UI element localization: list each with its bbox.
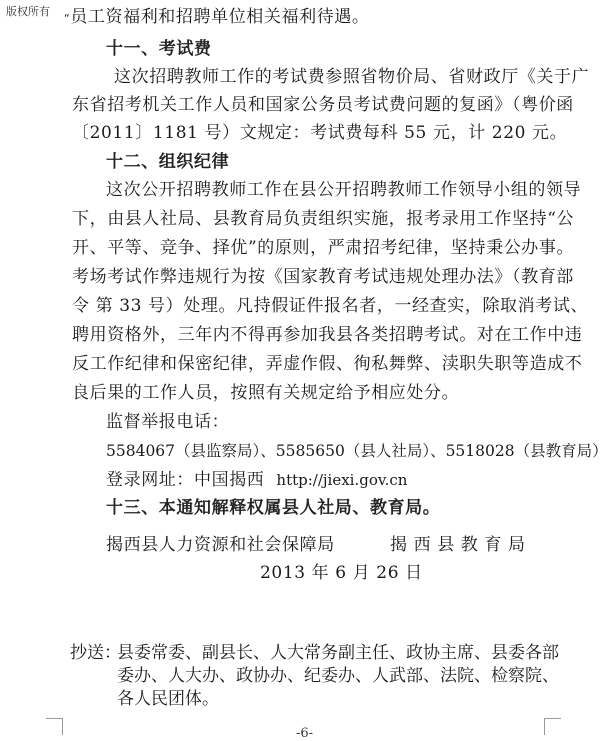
paragraph-line: 〔2011〕1181 号）文规定：考试费每科 55 元，计 220 元。 xyxy=(72,122,567,144)
section-heading-13: 十三、本通知解释权属县人社局、教育局。 xyxy=(106,497,440,519)
cc-line: 县委常委、副县长、人大常务副主任、政协主席、县委各部 xyxy=(117,642,559,664)
website-label: 登录网址：中国揭西 xyxy=(106,470,264,490)
hotline-label: 监督举报电话： xyxy=(106,411,229,433)
paragraph-line: 令 第 33 号）处理。凡持假证件报名者，一经查实，除取消考试、 xyxy=(72,295,588,317)
watermark: 版权所有 xyxy=(6,5,50,19)
paragraph-line: 考场考试作弊违规行为按《国家教育考试违规处理办法》（教育部 xyxy=(72,266,574,288)
website-link[interactable]: http://jiexi.gov.cn xyxy=(276,471,407,489)
section-heading-11: 十一、考试费 xyxy=(106,38,212,60)
signature-date: 2013 年 6 月 26 日 xyxy=(260,562,423,584)
page-number: -6- xyxy=(296,726,313,741)
section-heading-12: 十二、组织纪律 xyxy=(106,151,229,173)
cc-line: 委办、人大办、政协办、纪委办、人武部、法院、检察院、 xyxy=(117,665,559,687)
signature-right: 揭 西 县 教 育 局 xyxy=(390,534,526,556)
page-corner-mark-left xyxy=(46,718,63,735)
paragraph-line: 良后果的工作人员，按照有关规定给予相应处分。 xyxy=(72,382,459,404)
website-line: 登录网址：中国揭西 http://jiexi.gov.cn xyxy=(106,469,407,491)
paragraph-line: 开、平等、竞争、择优”的原则，严肃招考纪律，坚持秉公办事。 xyxy=(72,237,574,259)
paragraph-line: 聘用资格外，三年内不得再参加我县各类招聘考试。对在工作中违 xyxy=(72,324,582,346)
cc-label: 抄送： xyxy=(70,642,121,664)
paragraph-line: 东省招考机关工作人员和国家公务员考试费问题的复函》（粤价函 xyxy=(72,94,574,116)
paragraph-line: 这次招聘教师工作的考试费参照省物价局、省财政厅《关于广 xyxy=(114,66,589,88)
cc-line: 各人民团体。 xyxy=(117,688,219,710)
signature-left: 揭西县人力资源和社会保障局 xyxy=(106,534,335,556)
previous-page-fragment: “员工资福利和招聘单位相关福利待遇。 xyxy=(64,6,370,30)
hotline-numbers: 5584067（县监察局）、5585650（县人社局）、5518028（县教育局… xyxy=(106,440,607,462)
paragraph-line: 反工作纪律和保密纪律，弄虚作假、徇私舞弊、渎职失职等造成不 xyxy=(72,353,582,375)
fragment-text: 员工资福利和招聘单位相关福利待遇。 xyxy=(70,7,369,27)
page-corner-mark-right xyxy=(544,718,561,735)
paragraph-line: 下，由县人社局、县教育局负责组织实施，报考录用工作坚持“公 xyxy=(72,208,574,230)
paragraph-line: 这次公开招聘教师工作在县公开招聘教师工作领导小组的领导 xyxy=(106,179,581,201)
